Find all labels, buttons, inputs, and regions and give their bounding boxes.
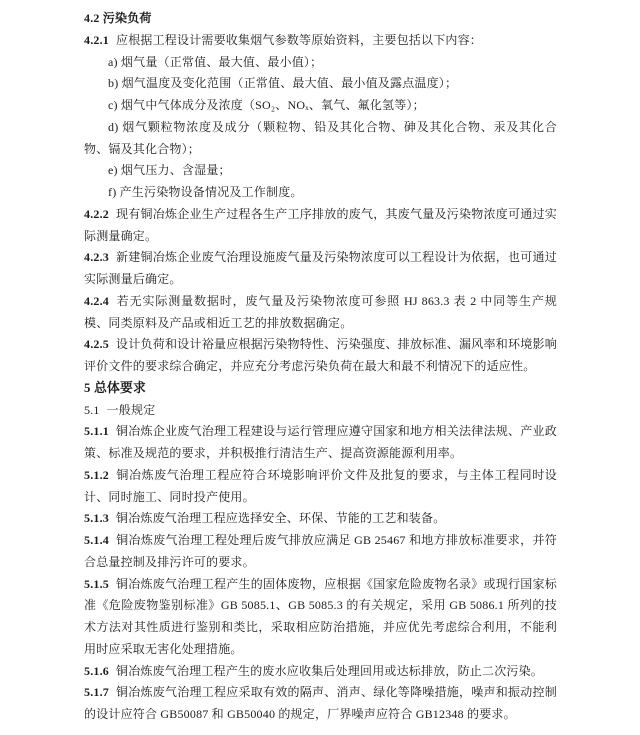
clause-5-1-3: 5.1.3铜冶炼废气治理工程应选择安全、环保、节能的工艺和装备。 bbox=[84, 508, 557, 530]
list-item-e: e) 烟气压力、含湿量； bbox=[84, 160, 557, 182]
clause-text: 铜冶炼废气治理工程应符合环境影响评价文件及批复的要求，与主体工程同时设计、同时施… bbox=[84, 468, 557, 504]
heading-4-2: 4.2 污染负荷 bbox=[84, 8, 557, 30]
clause-5-1-1: 5.1.1铜冶炼企业废气治理工程建设与运行管理应遵守国家和地方相关法律法规、产业… bbox=[84, 421, 557, 465]
clause-5-1-7: 5.1.7铜冶炼废气治理工程应采取有效的隔声、消声、绿化等降噪措施，噪声和振动控… bbox=[84, 682, 557, 726]
clause-text: 一般规定 bbox=[107, 403, 156, 417]
clause-5-1-5: 5.1.5铜冶炼废气治理工程产生的固体废物，应根据《国家危险废物名录》或现行国家… bbox=[84, 574, 557, 661]
clause-number: 5.1.5 bbox=[84, 577, 109, 591]
clause-number: 4.2.1 bbox=[84, 33, 109, 47]
clause-5-1-6: 5.1.6铜冶炼废气治理工程产生的废水应收集后处理回用或达标排放，防止二次污染。 bbox=[84, 661, 557, 683]
clause-text: 铜冶炼废气治理工程应采取有效的隔声、消声、绿化等降噪措施，噪声和振动控制的设计应… bbox=[84, 685, 557, 721]
document-page: 4.2 污染负荷 4.2.1应根据工程设计需要收集烟气参数等原始资料，主要包括以… bbox=[0, 0, 640, 735]
clause-text: 应根据工程设计需要收集烟气参数等原始资料，主要包括以下内容： bbox=[116, 33, 482, 47]
clause-number: 4.2.4 bbox=[84, 294, 109, 308]
heading-5: 5 总体要求 bbox=[84, 378, 557, 400]
clause-number: 4.2.5 bbox=[84, 337, 109, 351]
list-item-d: d) 烟气颗粒物浓度及成分（颗粒物、铅及其化合物、砷及其化合物、汞及其化合物、镉… bbox=[84, 117, 557, 161]
clause-number: 5.1.1 bbox=[84, 424, 109, 438]
clause-text: 现有铜冶炼企业生产过程各生产工序排放的废气，其废气量及污染物浓度可通过实际测量确… bbox=[84, 207, 557, 243]
clause-4-2-1: 4.2.1应根据工程设计需要收集烟气参数等原始资料，主要包括以下内容： bbox=[84, 30, 557, 52]
clause-text: 铜冶炼企业废气治理工程建设与运行管理应遵守国家和地方相关法律法规、产业政策、标准… bbox=[84, 424, 557, 460]
clause-text: 设计负荷和设计裕量应根据污染物特性、污染强度、排放标准、漏风率和环境影响评价文件… bbox=[84, 337, 557, 373]
clause-number: 5.1.2 bbox=[84, 468, 109, 482]
clause-text: 铜冶炼废气治理工程应选择安全、环保、节能的工艺和装备。 bbox=[116, 511, 445, 525]
clause-4-2-5: 4.2.5设计负荷和设计裕量应根据污染物特性、污染强度、排放标准、漏风率和环境影… bbox=[84, 334, 557, 378]
list-item-c: c) 烟气中气体成分及浓度（SO₂、NOₓ、氧气、氟化氢等）； bbox=[84, 95, 557, 117]
clause-text: 铜冶炼废气治理工程产生的固体废物，应根据《国家危险废物名录》或现行国家标准《危险… bbox=[84, 577, 557, 656]
list-item-a: a) 烟气量（正常值、最大值、最小值）； bbox=[84, 52, 557, 74]
clause-5-1-4: 5.1.4铜冶炼废气治理工程处理后废气排放应满足 GB 25467 和地方排放标… bbox=[84, 530, 557, 574]
clause-number: 5.1.4 bbox=[84, 533, 109, 547]
clause-number: 5.1.3 bbox=[84, 511, 109, 525]
list-item-f: f) 产生污染物设备情况及工作制度。 bbox=[84, 182, 557, 204]
clause-5-1-2: 5.1.2铜冶炼废气治理工程应符合环境影响评价文件及批复的要求，与主体工程同时设… bbox=[84, 465, 557, 509]
heading-5-1: 5.1一般规定 bbox=[84, 400, 557, 422]
clause-number: 4.2.2 bbox=[84, 207, 109, 221]
clause-4-2-4: 4.2.4若无实际测量数据时，废气量及污染物浓度可参照 HJ 863.3 表 2… bbox=[84, 291, 557, 335]
clause-number: 5.1.6 bbox=[84, 664, 109, 678]
list-item-b: b) 烟气温度及变化范围（正常值、最大值、最小值及露点温度）； bbox=[84, 73, 557, 95]
clause-text: 铜冶炼废气治理工程处理后废气排放应满足 GB 25467 和地方排放标准要求，并… bbox=[84, 533, 557, 569]
clause-number: 5.1 bbox=[84, 403, 100, 417]
clause-4-2-3: 4.2.3新建铜冶炼企业废气治理设施废气量及污染物浓度可以工程设计为依据，也可通… bbox=[84, 247, 557, 291]
clause-4-2-2: 4.2.2现有铜冶炼企业生产过程各生产工序排放的废气，其废气量及污染物浓度可通过… bbox=[84, 204, 557, 248]
clause-text: 铜冶炼废气治理工程产生的废水应收集后处理回用或达标排放，防止二次污染。 bbox=[116, 664, 543, 678]
clause-text: 新建铜冶炼企业废气治理设施废气量及污染物浓度可以工程设计为依据，也可通过实际测量… bbox=[84, 250, 557, 286]
clause-number: 4.2.3 bbox=[84, 250, 109, 264]
clause-number: 5.1.7 bbox=[84, 685, 109, 699]
clause-text: 若无实际测量数据时，废气量及污染物浓度可参照 HJ 863.3 表 2 中同等生… bbox=[84, 294, 557, 330]
